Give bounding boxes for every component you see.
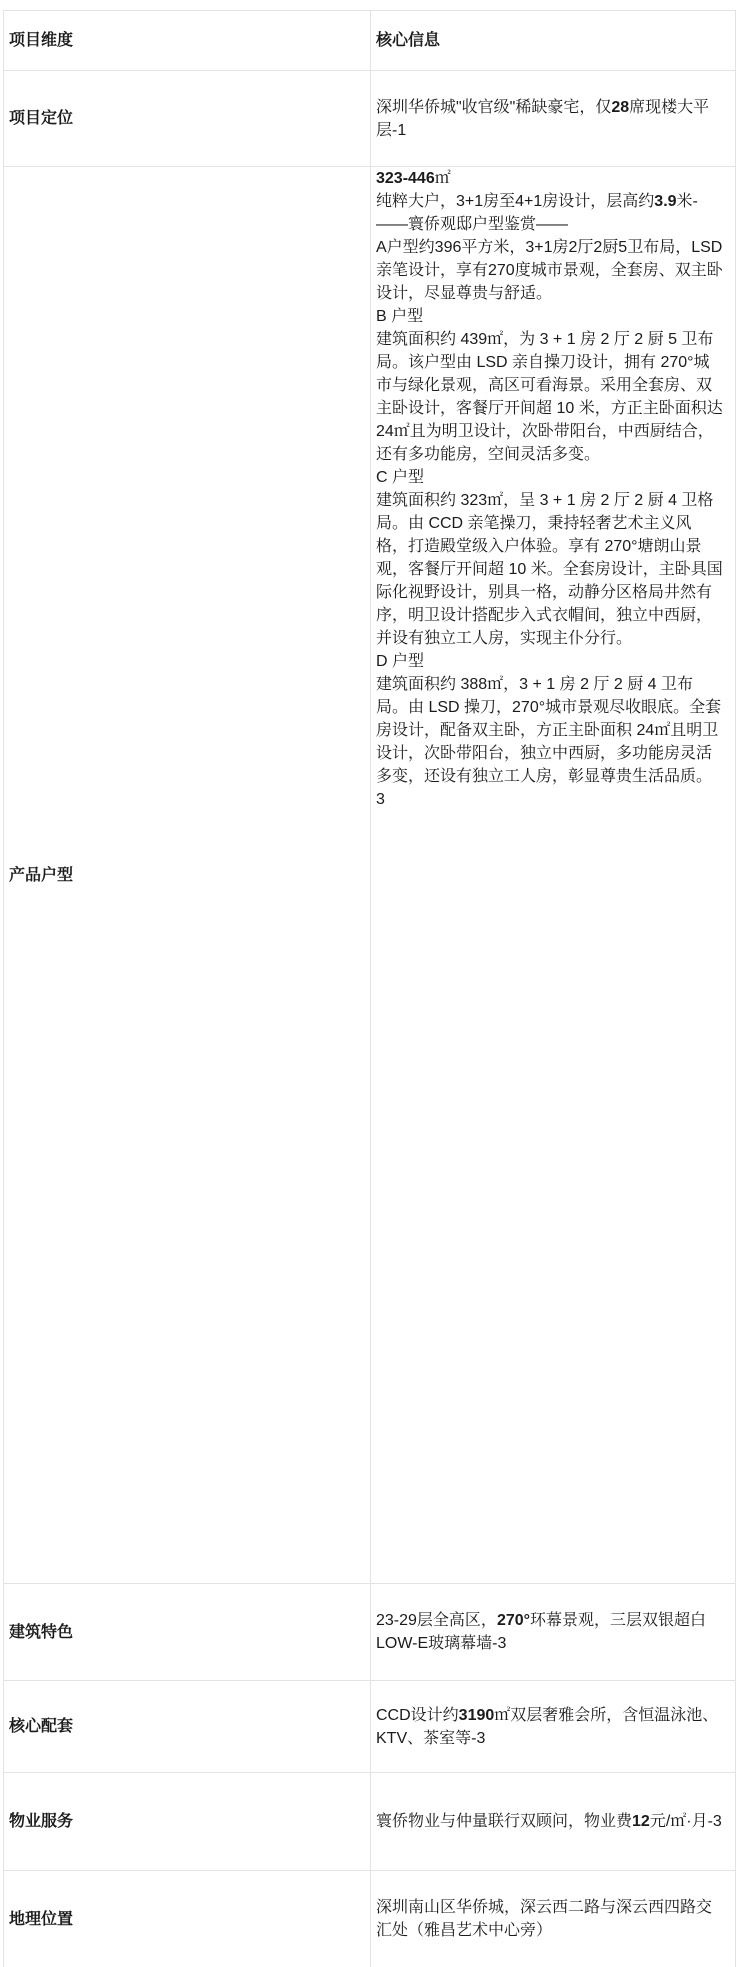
area-range-number: 323-446 (376, 170, 435, 187)
row-amenities-label-cell: 核心配套 (4, 1681, 371, 1773)
header-cell-core-info: 核心信息 (371, 11, 736, 71)
unit-type-b-description: 建筑面积约 439㎡，为 3 + 1 房 2 厅 2 厨 5 卫布局。该户型由 … (376, 328, 723, 466)
product-summary: 纯粹大户，3+1房至4+1房设计，层高约3.9米- (376, 190, 723, 213)
project-info-table: 项目维度 核心信息 项目定位 深圳华侨城"收官级"稀缺豪宅，仅28席现楼大平层-… (3, 10, 736, 1967)
product-footnote: 3 (376, 788, 723, 811)
unit-type-d-title: D 户型 (376, 650, 723, 673)
row-product-label-cell: 产品户型 (4, 167, 371, 1584)
summary-height-number: 3.9 (654, 193, 676, 210)
positioning-label: 项目定位 (9, 107, 73, 130)
amenities-text: CCD设计约 (376, 1707, 459, 1724)
unit-type-b-title: B 户型 (376, 305, 723, 328)
unit-type-d-description: 建筑面积约 388㎡，3 + 1 房 2 厅 2 厨 4 卫布局。由 LSD 操… (376, 673, 723, 788)
architecture-label: 建筑特色 (9, 1621, 73, 1644)
row-amenities-value-cell: CCD设计约3190㎡双层奢雅会所，含恒温泳池、KTV、茶室等-3 (371, 1681, 736, 1773)
amenities-value: CCD设计约3190㎡双层奢雅会所，含恒温泳池、KTV、茶室等-3 (376, 1704, 723, 1750)
product-area-range: 323-446㎡ (376, 167, 723, 190)
header-dimension-label: 项目维度 (9, 29, 73, 52)
unit-type-c-title: C 户型 (376, 466, 723, 489)
product-label: 产品户型 (9, 864, 73, 887)
area-range-unit: ㎡ (435, 170, 451, 187)
property-fee-number: 12 (632, 1813, 650, 1830)
amenities-label: 核心配套 (9, 1715, 73, 1738)
architecture-view-angle: 270° (497, 1612, 530, 1629)
row-architecture-value-cell: 23-29层全高区，270°环幕景观，三层双银超白LOW-E玻璃幕墙-3 (371, 1584, 736, 1681)
positioning-text: 深圳华侨城"收官级"稀缺豪宅，仅 (376, 99, 611, 116)
unit-type-a-description: A户型约396平方米，3+1房2厅2厨5卫布局，LSD亲笔设计，享有270度城市… (376, 236, 723, 305)
row-location-label-cell: 地理位置 (4, 1871, 371, 1967)
row-positioning-label-cell: 项目定位 (4, 71, 371, 167)
property-value: 寰侨物业与仲量联行双顾问，物业费12元/㎡·月-3 (376, 1810, 722, 1833)
product-section-title: ——寰侨观邸户型鉴赏—— (376, 213, 723, 236)
architecture-text: 23-29层全高区， (376, 1612, 497, 1629)
header-core-info-label: 核心信息 (376, 29, 440, 52)
summary-text: 纯粹大户，3+1房至4+1房设计，层高约 (376, 193, 654, 210)
unit-type-c-description: 建筑面积约 323㎡，呈 3 + 1 房 2 厅 2 厨 4 卫格局。由 CCD… (376, 489, 723, 650)
location-value: 深圳南山区华侨城，深云西二路与深云西四路交汇处（雅昌艺术中心旁） (376, 1896, 723, 1942)
summary-text-tail: 米- (677, 193, 698, 210)
row-positioning-value-cell: 深圳华侨城"收官级"稀缺豪宅，仅28席现楼大平层-1 (371, 71, 736, 167)
row-location-value-cell: 深圳南山区华侨城，深云西二路与深云西四路交汇处（雅昌艺术中心旁） (371, 1871, 736, 1967)
row-property-value-cell: 寰侨物业与仲量联行双顾问，物业费12元/㎡·月-3 (371, 1773, 736, 1871)
header-cell-dimension: 项目维度 (4, 11, 371, 71)
location-label: 地理位置 (9, 1908, 73, 1931)
row-property-label-cell: 物业服务 (4, 1773, 371, 1871)
row-architecture-label-cell: 建筑特色 (4, 1584, 371, 1681)
row-product-value-cell: 323-446㎡ 纯粹大户，3+1房至4+1房设计，层高约3.9米- ——寰侨观… (371, 167, 736, 1584)
property-text-tail: 元/㎡·月-3 (650, 1813, 722, 1830)
property-label: 物业服务 (9, 1810, 73, 1833)
positioning-unit-count: 28 (611, 99, 629, 116)
property-text: 寰侨物业与仲量联行双顾问，物业费 (376, 1813, 632, 1830)
amenities-club-area: 3190 (459, 1707, 495, 1724)
positioning-value: 深圳华侨城"收官级"稀缺豪宅，仅28席现楼大平层-1 (376, 96, 723, 142)
architecture-value: 23-29层全高区，270°环幕景观，三层双银超白LOW-E玻璃幕墙-3 (376, 1609, 723, 1655)
